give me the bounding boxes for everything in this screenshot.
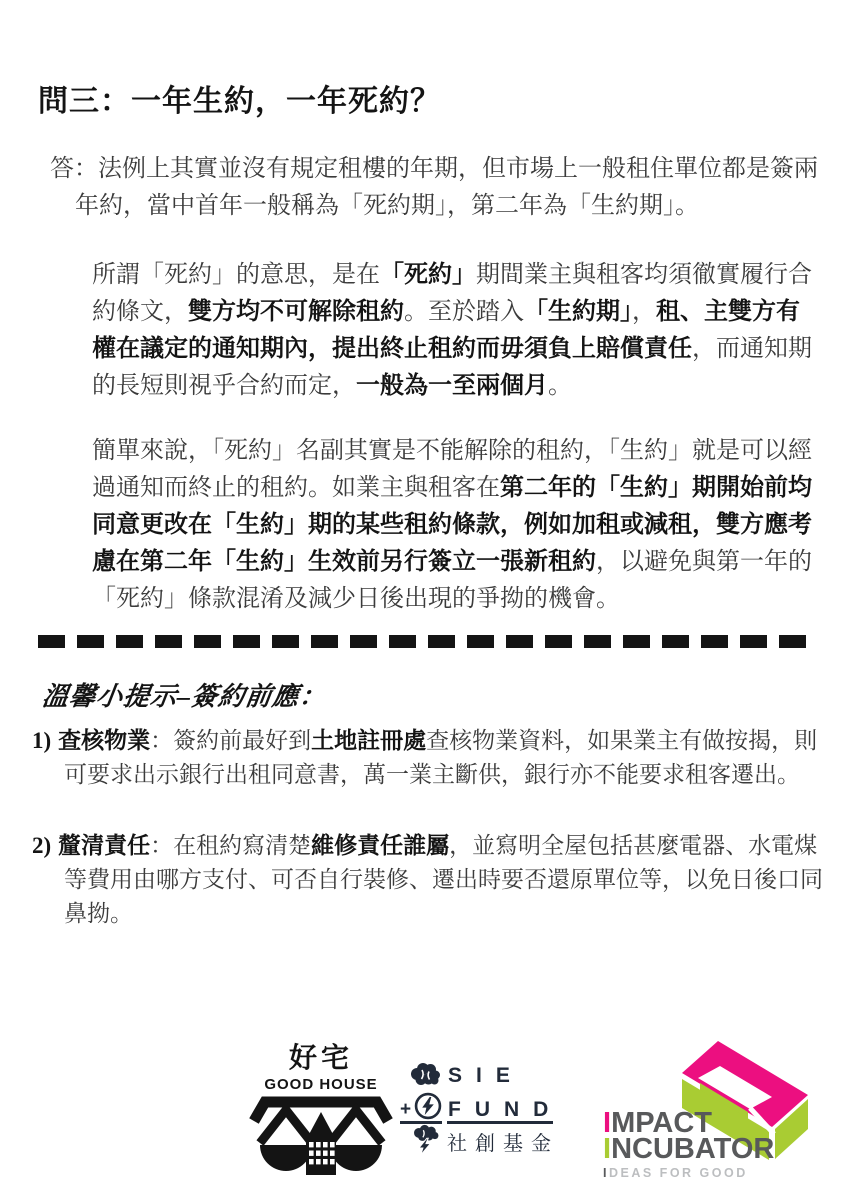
tip-item-2: 2)釐清責任：在租約寫清楚維修責任誰屬，並寫明全屋包括甚麼電器、水電煤等費用由哪… <box>64 829 828 931</box>
brain-icon <box>408 1062 442 1088</box>
impact-incubator-wordmark: IMPACT INCUBATOR IDEAS FOR GOOD <box>603 1110 774 1181</box>
tip-2-text: 釐清責任：在租約寫清楚維修責任誰屬，並寫明全屋包括甚麼電器、水電煤等費用由哪方支… <box>58 833 823 926</box>
fund-text: FUND <box>448 1098 562 1122</box>
good-house-english-name: GOOD HOUSE <box>243 1076 399 1093</box>
tip-2-number: 2) <box>32 833 51 858</box>
scales-building-icon <box>245 1096 397 1176</box>
sie-text: SIE <box>448 1064 524 1088</box>
page-title: 問三：一年生約，一年死約？ <box>38 76 441 120</box>
tips-heading: 溫馨小提示–簽約前應： <box>40 676 329 713</box>
tip-item-1: 1)查核物業：簽約前最好到土地註冊處查核物業資料，如果業主有做按揭，則可要求出示… <box>64 724 828 792</box>
incubator-initial: I <box>603 1133 611 1165</box>
brain-lightning-icon <box>410 1124 442 1156</box>
tip-1-text: 查核物業：簽約前最好到土地註冊處查核物業資料，如果業主有做按揭，則可要求出示銀行… <box>58 728 817 787</box>
lightning-circle-icon <box>414 1092 442 1120</box>
sie-fund-logo: SIE + FUND 社創基金 <box>398 1058 574 1172</box>
answer-paragraph-text: 法例上其實並沒有規定租樓的年期，但市場上一般租住單位都是簽兩年約，當中首年一般稱… <box>75 156 818 219</box>
good-house-chinese-name: 好宅 <box>243 1036 399 1076</box>
dashed-divider <box>38 635 812 648</box>
paragraph-summary: 簡單來說，「死約」名副其實是不能解除的租約，「生約」就是可以經過通知而終止的租約… <box>92 433 820 618</box>
tip-1-number: 1) <box>32 728 51 753</box>
impact-incubator-logo: IMPACT INCUBATOR IDEAS FOR GOOD <box>600 1038 835 1180</box>
answer-paragraph: 答：法例上其實並沒有規定租樓的年期，但市場上一般租住單位都是簽兩年約，當中首年一… <box>75 151 823 225</box>
good-house-logo: 好宅 GOOD HOUSE <box>243 1036 399 1176</box>
ideas-for-good-tagline: IDEAS FOR GOOD <box>603 1166 774 1181</box>
sie-fund-chinese-name: 社創基金 <box>447 1127 559 1156</box>
sie-divider-right <box>447 1121 553 1124</box>
incubator-word: INCUBATOR <box>603 1136 774 1162</box>
paragraph-dead-contract-explanation: 所謂「死約」的意思，是在「死約」期間業主與租客均須徹實履行合約條文，雙方均不可解… <box>92 257 820 405</box>
plus-sign: + <box>400 1099 411 1121</box>
answer-label: 答： <box>50 156 98 182</box>
